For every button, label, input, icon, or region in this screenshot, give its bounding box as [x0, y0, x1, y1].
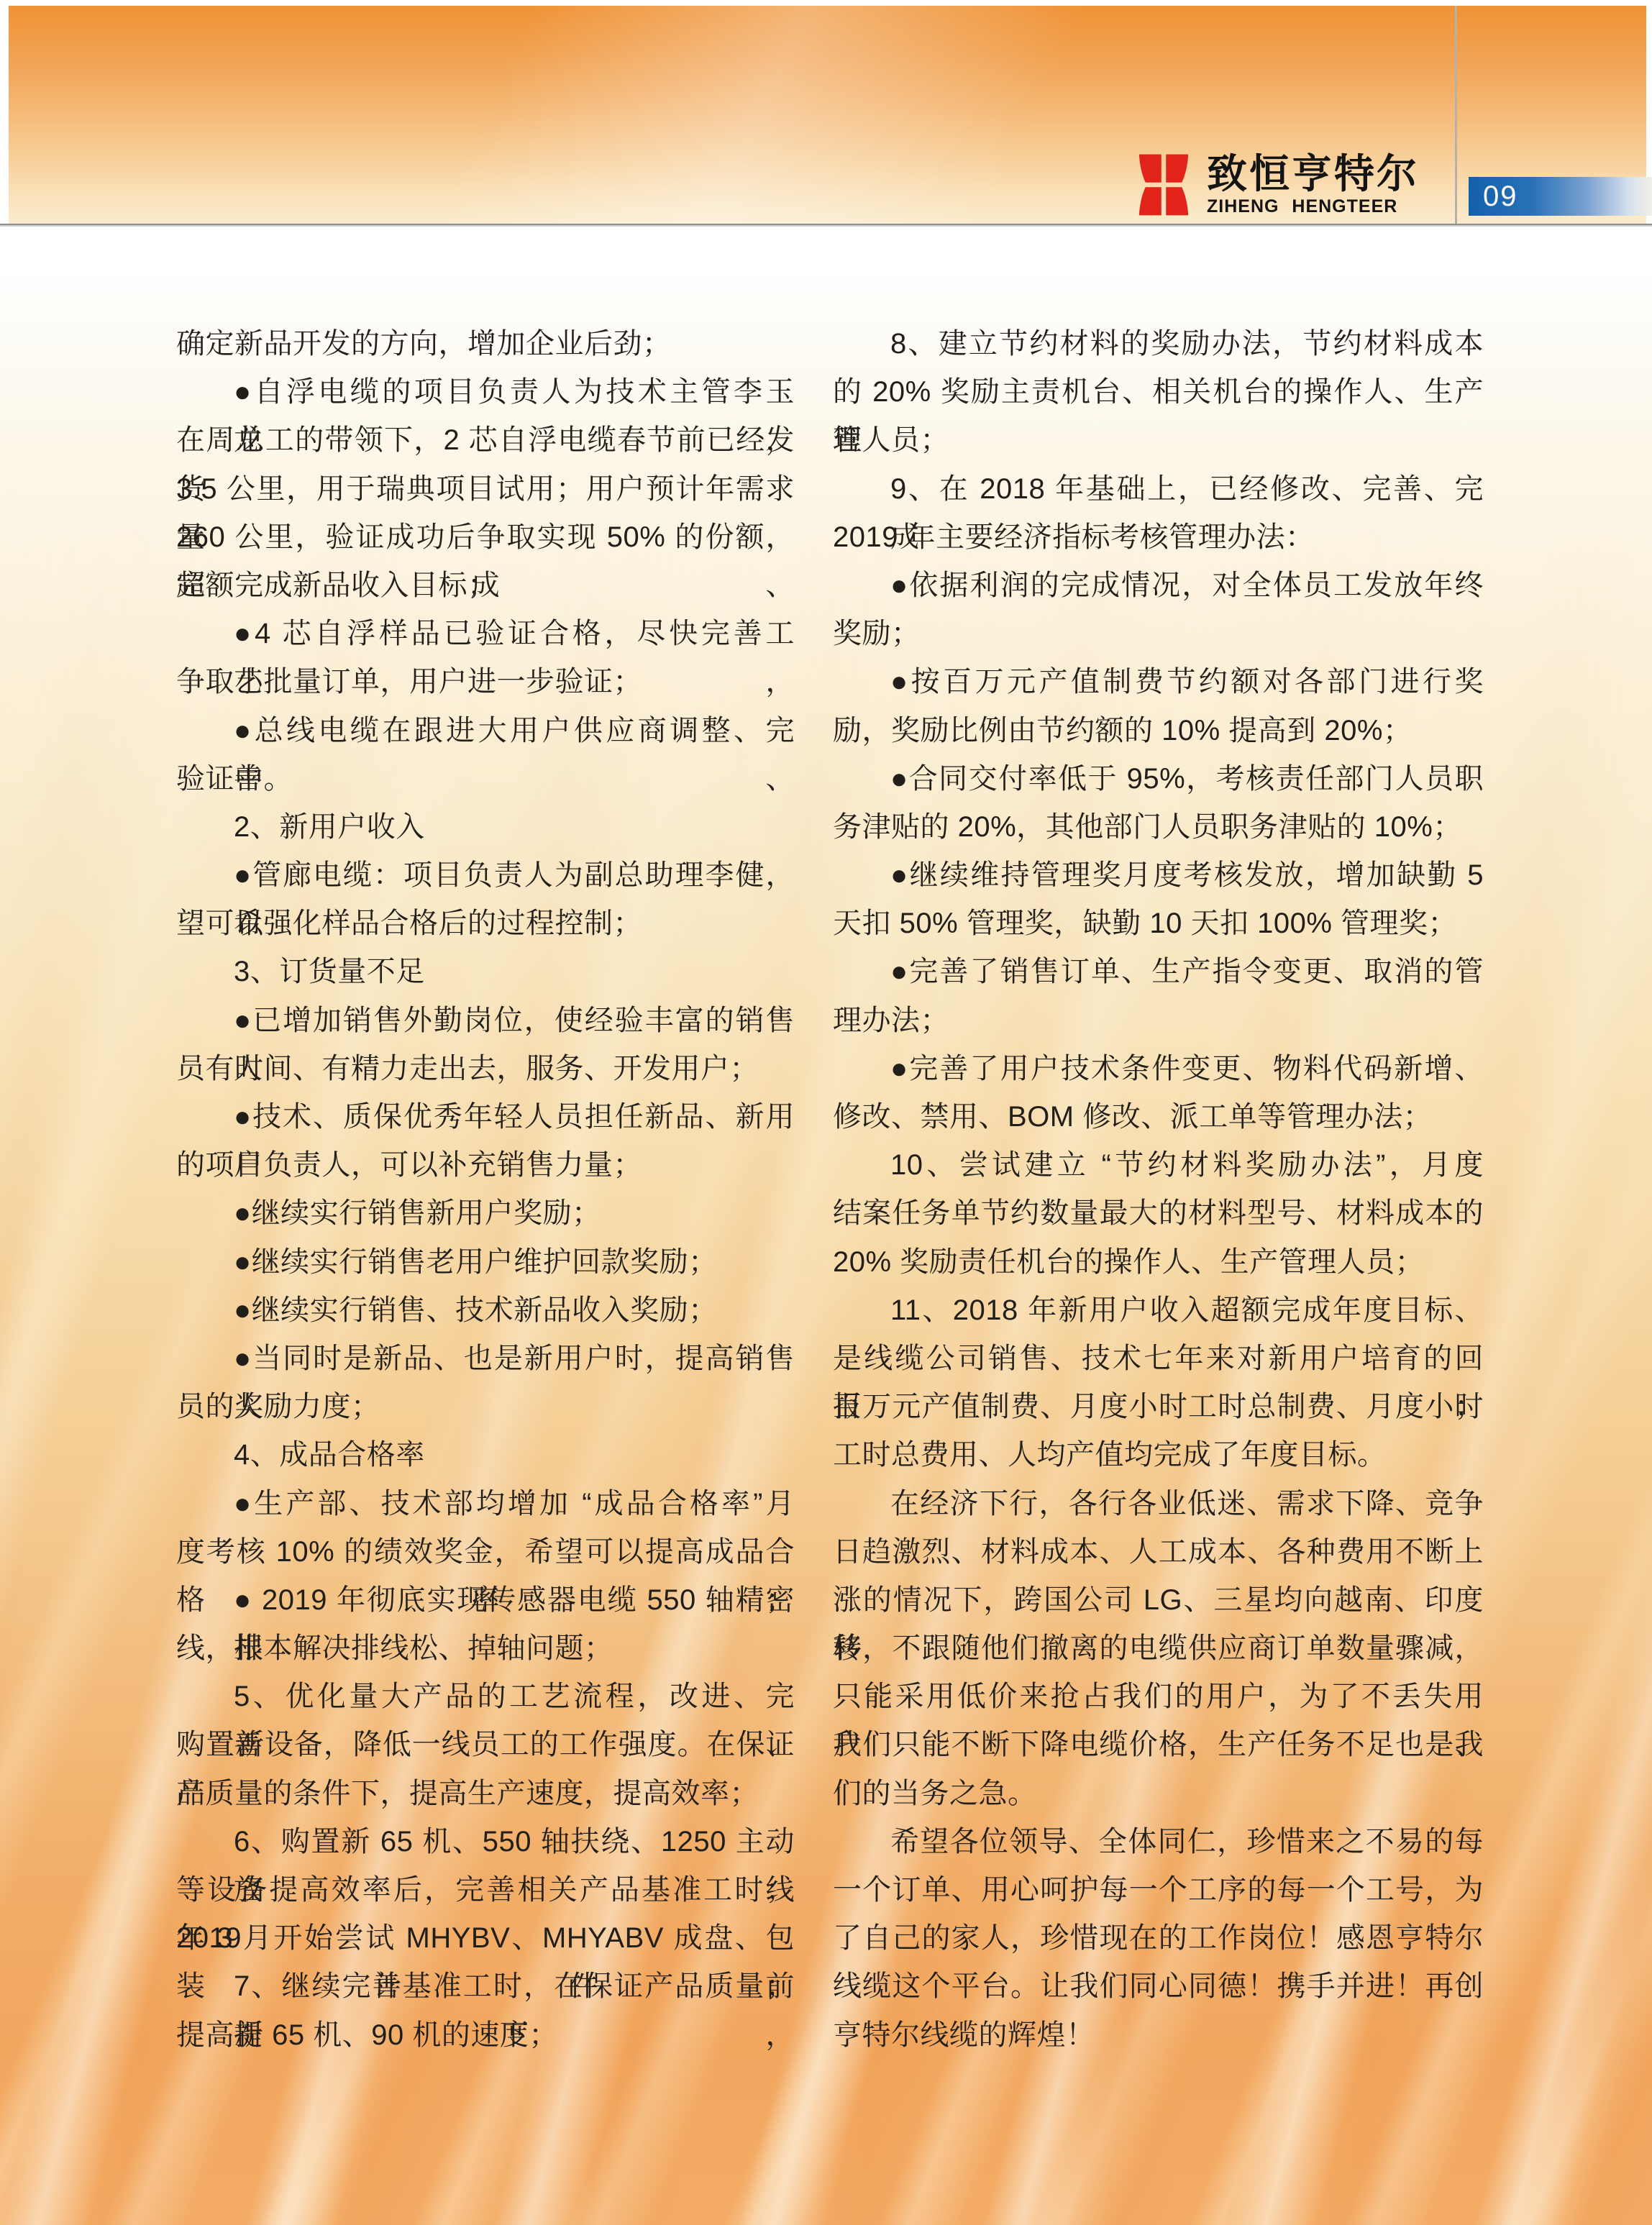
text-line: 9、在 2018 年基础上，已经修改、完善、完成	[833, 465, 1484, 513]
text-line: ●按百万元产值制费节约额对各部门进行奖	[833, 658, 1484, 706]
text-line: ●总线电缆在跟进大用户供应商调整、完善、	[176, 707, 795, 755]
logo-mark-icon	[1131, 153, 1197, 216]
text-line: ●当同时是新品、也是新用户时，提高销售人	[176, 1335, 795, 1383]
text-line: 7、继续完善基准工时，在保证产品质量前提下，	[176, 1963, 795, 2011]
text-line: ●已增加销售外勤岗位，使经验丰富的销售人	[176, 997, 795, 1045]
text-line: 员有时间、有精力走出去，服务、开发用户；	[176, 1045, 795, 1093]
text-line: 百万元产值制费、月度小时工时总制费、月度小时	[833, 1383, 1484, 1431]
text-line: 员的奖励力度；	[176, 1383, 795, 1431]
text-line: 20% 奖励责任机台的操作人、生产管理人员；	[833, 1238, 1484, 1287]
text-line: ●继续实行销售、技术新品收入奖励；	[176, 1287, 795, 1335]
text-line: 8、建立节约材料的奖励办法，节约材料成本	[833, 320, 1484, 368]
text-line: 4、成品合格率	[176, 1431, 795, 1479]
text-line: ●继续实行销售老用户维护回款奖励；	[176, 1238, 795, 1287]
text-line: 品质量的条件下，提高生产速度，提高效率；	[176, 1770, 795, 1818]
text-line: ●4 芯自浮样品已验证合格，尽快完善工艺，	[176, 610, 795, 658]
text-line: 3、订货量不足	[176, 948, 795, 996]
text-line: 6、购置新 65 机、550 轴扶绕、1250 主动放线	[176, 1818, 795, 1866]
text-column-right: 8、建立节约材料的奖励办法，节约材料成本的 20% 奖励主责机台、相关机台的操作…	[833, 320, 1484, 2060]
text-line: 度考核 10% 的绩效奖金，希望可以提高成品合格率；	[176, 1528, 795, 1576]
text-line: 亨特尔线缆的辉煌！	[833, 2011, 1484, 2060]
text-line: 只能采用低价来抢占我们的用户，为了不丢失用户、	[833, 1673, 1484, 1721]
text-line: 希望各位领导、全体同仁，珍惜来之不易的每	[833, 1818, 1484, 1866]
header-vertical-divider	[1455, 6, 1457, 224]
text-line: 确定新品开发的方向，增加企业后劲；	[176, 320, 795, 368]
text-column-left: 确定新品开发的方向，增加企业后劲；●自浮电缆的项目负责人为技术主管李玉龙，在周总…	[176, 320, 795, 2060]
text-line: 奖励；	[833, 610, 1484, 658]
text-line: ●合同交付率低于 95%，考核责任部门人员职	[833, 755, 1484, 803]
text-line: 一个订单、用心呵护每一个工序的每一个工号，为	[833, 1866, 1484, 1914]
text-line: ●继续实行销售新用户奖励；	[176, 1189, 795, 1238]
text-line: 工时总费用、人均产值均完成了年度目标。	[833, 1431, 1484, 1479]
text-line: 5、优化量大产品的工艺流程，改进、完善、	[176, 1673, 795, 1721]
header-divider-line	[0, 224, 1652, 227]
text-line: 260 公里，验证成功后争取实现 50% 的份额，完成、	[176, 513, 795, 562]
text-line: ●技术、质保优秀年轻人员担任新品、新用户	[176, 1093, 795, 1141]
text-line: 理人员；	[833, 416, 1484, 465]
brand-name-cn: 致恒亨特尔	[1207, 153, 1419, 195]
text-line: 天扣 50% 管理奖，缺勤 10 天扣 100% 管理奖；	[833, 900, 1484, 948]
text-line: 励，奖励比例由节约额的 10% 提高到 20%；	[833, 707, 1484, 755]
text-line: 10、尝试建立 “节约材料奖励办法”，月度	[833, 1141, 1484, 1189]
text-line: 是线缆公司销售、技术七年来对新用户培育的回报；	[833, 1335, 1484, 1383]
text-line: 移，不跟随他们撤离的电缆供应商订单数量骤减，	[833, 1625, 1484, 1673]
text-line: ● 2019 年彻底实现传感器电缆 550 轴精密排	[176, 1576, 795, 1625]
text-line: ●完善了用户技术条件变更、物料代码新增、	[833, 1045, 1484, 1093]
text-line: 望可以强化样品合格后的过程控制；	[176, 900, 795, 948]
text-line: 2、新用户收入	[176, 803, 795, 851]
text-line: 务津贴的 20%，其他部门人员职务津贴的 10%；	[833, 803, 1484, 851]
text-line: 修改、禁用、BOM 修改、派工单等管理办法；	[833, 1093, 1484, 1141]
text-line: 结案任务单节约数量最大的材料型号、材料成本的	[833, 1189, 1484, 1238]
text-line: 年 3 月开始尝试 MHYBV、MHYABV 成盘、包装计件；	[176, 1914, 795, 1963]
text-line: 购置新设备，降低一线员工的工作强度。在保证产	[176, 1721, 795, 1769]
text-line: 等设备提高效率后，完善相关产品基准工时；2019	[176, 1866, 795, 1914]
text-line: 日趋激烈、材料成本、人工成本、各种费用不断上	[833, 1528, 1484, 1576]
text-line: 11、2018 年新用户收入超额完成年度目标、	[833, 1287, 1484, 1335]
text-line: 线，根本解决排线松、掉轴问题；	[176, 1625, 795, 1673]
brand-logo: 致恒亨特尔 ZIHENG HENGTEER	[1131, 153, 1419, 217]
text-line: 的 20% 奖励主责机台、相关机台的操作人、生产管	[833, 368, 1484, 416]
text-line: ●继续维持管理奖月度考核发放，增加缺勤 5	[833, 851, 1484, 900]
text-line: 线缆这个平台。让我们同心同德！携手并进！再创	[833, 1963, 1484, 2011]
text-line: ●自浮电缆的项目负责人为技术主管李玉龙，	[176, 368, 795, 416]
text-line: 涨的情况下，跨国公司 LG、三星均向越南、印度转	[833, 1576, 1484, 1625]
text-line: 们的当务之急。	[833, 1770, 1484, 1818]
text-line: 2019 年主要经济指标考核管理办法：	[833, 513, 1484, 562]
text-line: ●生产部、技术部均增加 “成品合格率”月	[176, 1480, 795, 1528]
text-line: 理办法；	[833, 997, 1484, 1045]
text-line: 我们只能不断下降电缆价格，生产任务不足也是我	[833, 1721, 1484, 1769]
text-line: ●管廊电缆：项目负责人为副总助理李健，希	[176, 851, 795, 900]
page-number-badge: 09	[1469, 177, 1652, 216]
text-line: ●完善了销售订单、生产指令变更、取消的管	[833, 948, 1484, 996]
text-line: 的项目负责人，可以补充销售力量；	[176, 1141, 795, 1189]
text-line: 在经济下行，各行各业低迷、需求下降、竞争	[833, 1480, 1484, 1528]
text-line: ●依据利润的完成情况，对全体员工发放年终	[833, 562, 1484, 610]
text-line: 3.5 公里，用于瑞典项目试用；用户预计年需求量	[176, 465, 795, 513]
brand-text: 致恒亨特尔 ZIHENG HENGTEER	[1207, 153, 1419, 217]
brand-name-en: ZIHENG HENGTEER	[1207, 196, 1419, 217]
text-line: 在周总工的带领下，2 芯自浮电缆春节前已经发货	[176, 416, 795, 465]
text-line: 了自己的家人，珍惜现在的工作岗位！感恩亨特尔	[833, 1914, 1484, 1963]
